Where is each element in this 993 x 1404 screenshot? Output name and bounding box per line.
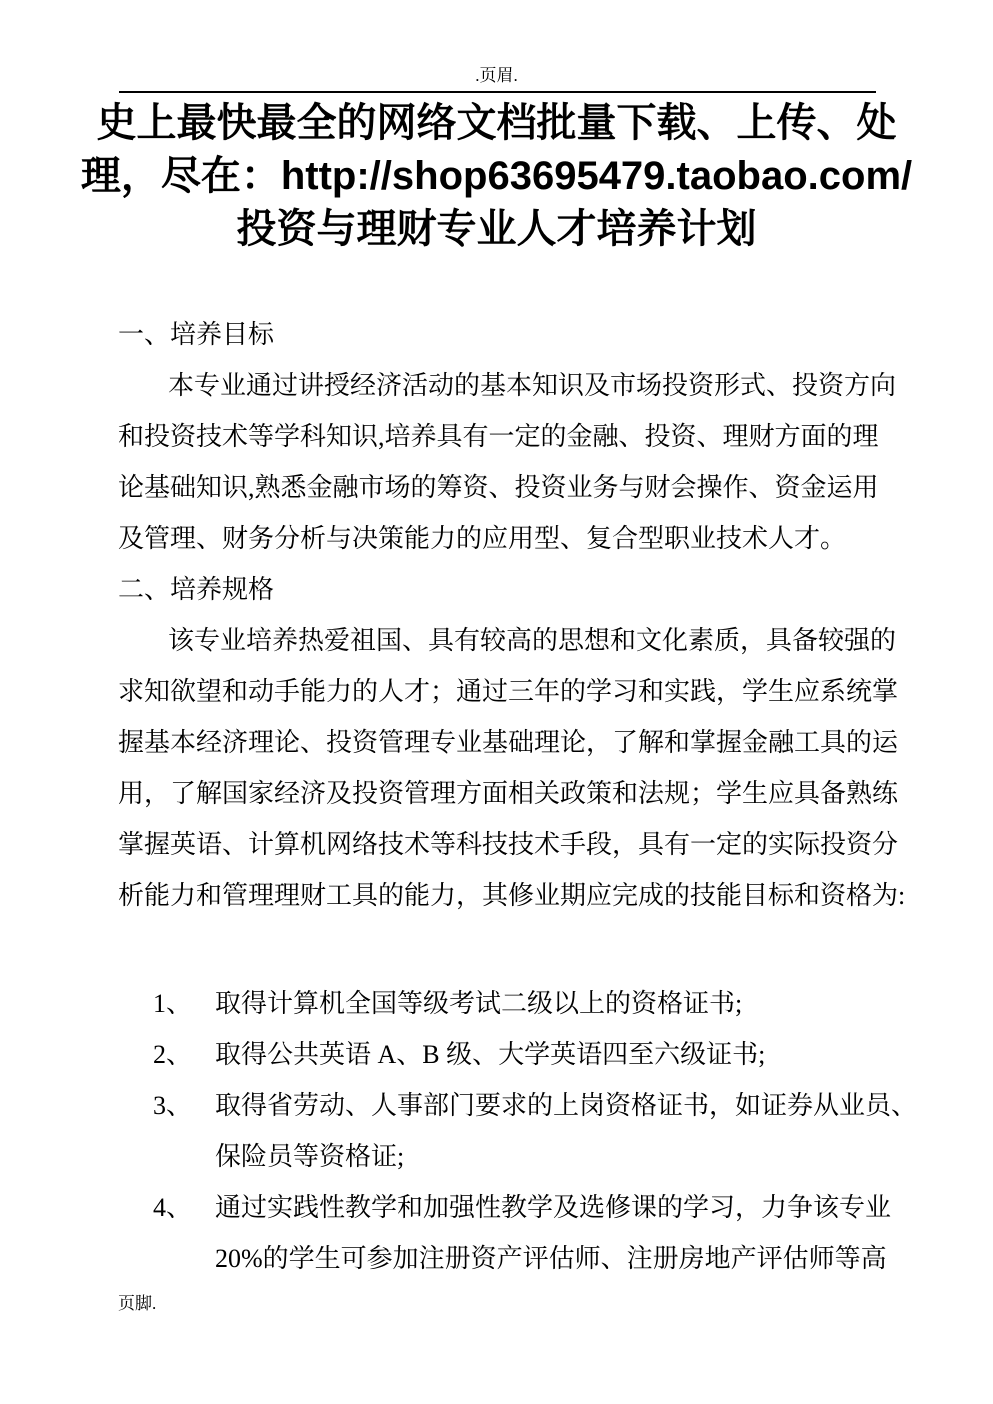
list-item: 4、 通过实践性教学和加强性教学及选修课的学习，力争该专业 20%的学生可参加注…: [118, 1182, 883, 1284]
document-page: .页眉. 史上最快最全的网络文档批量下载、上传、处 理，尽在：http://sh…: [0, 0, 993, 1404]
list-item-number: 1、: [153, 978, 215, 1029]
paragraph-line: 和投资技术等学科知识,培养具有一定的金融、投资、理财方面的理: [118, 411, 883, 462]
list-item-line: 通过实践性教学和加强性教学及选修课的学习，力争该专业: [215, 1182, 891, 1233]
paragraph-line: 该专业培养热爱祖国、具有较高的思想和文化素质，具备较强的: [118, 615, 883, 666]
document-title: 史上最快最全的网络文档批量下载、上传、处 理，尽在：http://shop636…: [55, 97, 938, 256]
paragraph-line: 本专业通过讲授经济活动的基本知识及市场投资形式、投资方向: [118, 360, 883, 411]
list-item-line: 取得计算机全国等级考试二级以上的资格证书;: [215, 978, 883, 1029]
document-title-line: 史上最快最全的网络文档批量下载、上传、处: [55, 97, 938, 150]
list-item-number: 2、: [153, 1029, 215, 1080]
paragraph-line: 及管理、财务分析与决策能力的应用型、复合型职业技术人才。: [118, 513, 883, 564]
page-footer-label: 页脚.: [118, 1294, 156, 1314]
list-item-line: 取得公共英语 A、B 级、大学英语四至六级证书;: [215, 1029, 883, 1080]
paragraph-line: 析能力和管理理财工具的能力，其修业期应完成的技能目标和资格为:: [118, 870, 883, 921]
numbered-list: 1、 取得计算机全国等级考试二级以上的资格证书; 2、 取得公共英语 A、B 级…: [118, 978, 883, 1284]
paragraph-line: 握基本经济理论、投资管理专业基础理论，了解和掌握金融工具的运: [118, 717, 883, 768]
list-item-line: 保险员等资格证;: [215, 1131, 917, 1182]
section-heading: 一、培养目标: [118, 309, 883, 360]
paragraph-line: 论基础知识,熟悉金融市场的筹资、投资业务与财会操作、资金运用: [118, 462, 883, 513]
list-item: 2、 取得公共英语 A、B 级、大学英语四至六级证书;: [118, 1029, 883, 1080]
list-item-number: 4、: [153, 1182, 215, 1284]
list-item-line: 取得省劳动、人事部门要求的上岗资格证书，如证券从业员、: [215, 1080, 917, 1131]
document-title-line: 理，尽在：http://shop63695479.taobao.com/: [55, 150, 938, 203]
header-rule: [119, 91, 876, 93]
list-item: 3、 取得省劳动、人事部门要求的上岗资格证书，如证券从业员、 保险员等资格证;: [118, 1080, 883, 1182]
paragraph-line: 求知欲望和动手能力的人才；通过三年的学习和实践，学生应系统掌: [118, 666, 883, 717]
page-header-label: .页眉.: [0, 66, 993, 86]
list-item-number: 3、: [153, 1080, 215, 1182]
list-item: 1、 取得计算机全国等级考试二级以上的资格证书;: [118, 978, 883, 1029]
list-item-line: 20%的学生可参加注册资产评估师、注册房地产评估师等高: [215, 1233, 891, 1284]
section-heading: 二、培养规格: [118, 564, 883, 615]
document-body: 一、培养目标 本专业通过讲授经济活动的基本知识及市场投资形式、投资方向 和投资技…: [118, 309, 883, 1284]
document-title-line: 投资与理财专业人才培养计划: [55, 203, 938, 256]
paragraph-line: 掌握英语、计算机网络技术等科技技术手段，具有一定的实际投资分: [118, 819, 883, 870]
paragraph-line: 用，了解国家经济及投资管理方面相关政策和法规；学生应具备熟练: [118, 768, 883, 819]
blank-line: [118, 921, 883, 972]
